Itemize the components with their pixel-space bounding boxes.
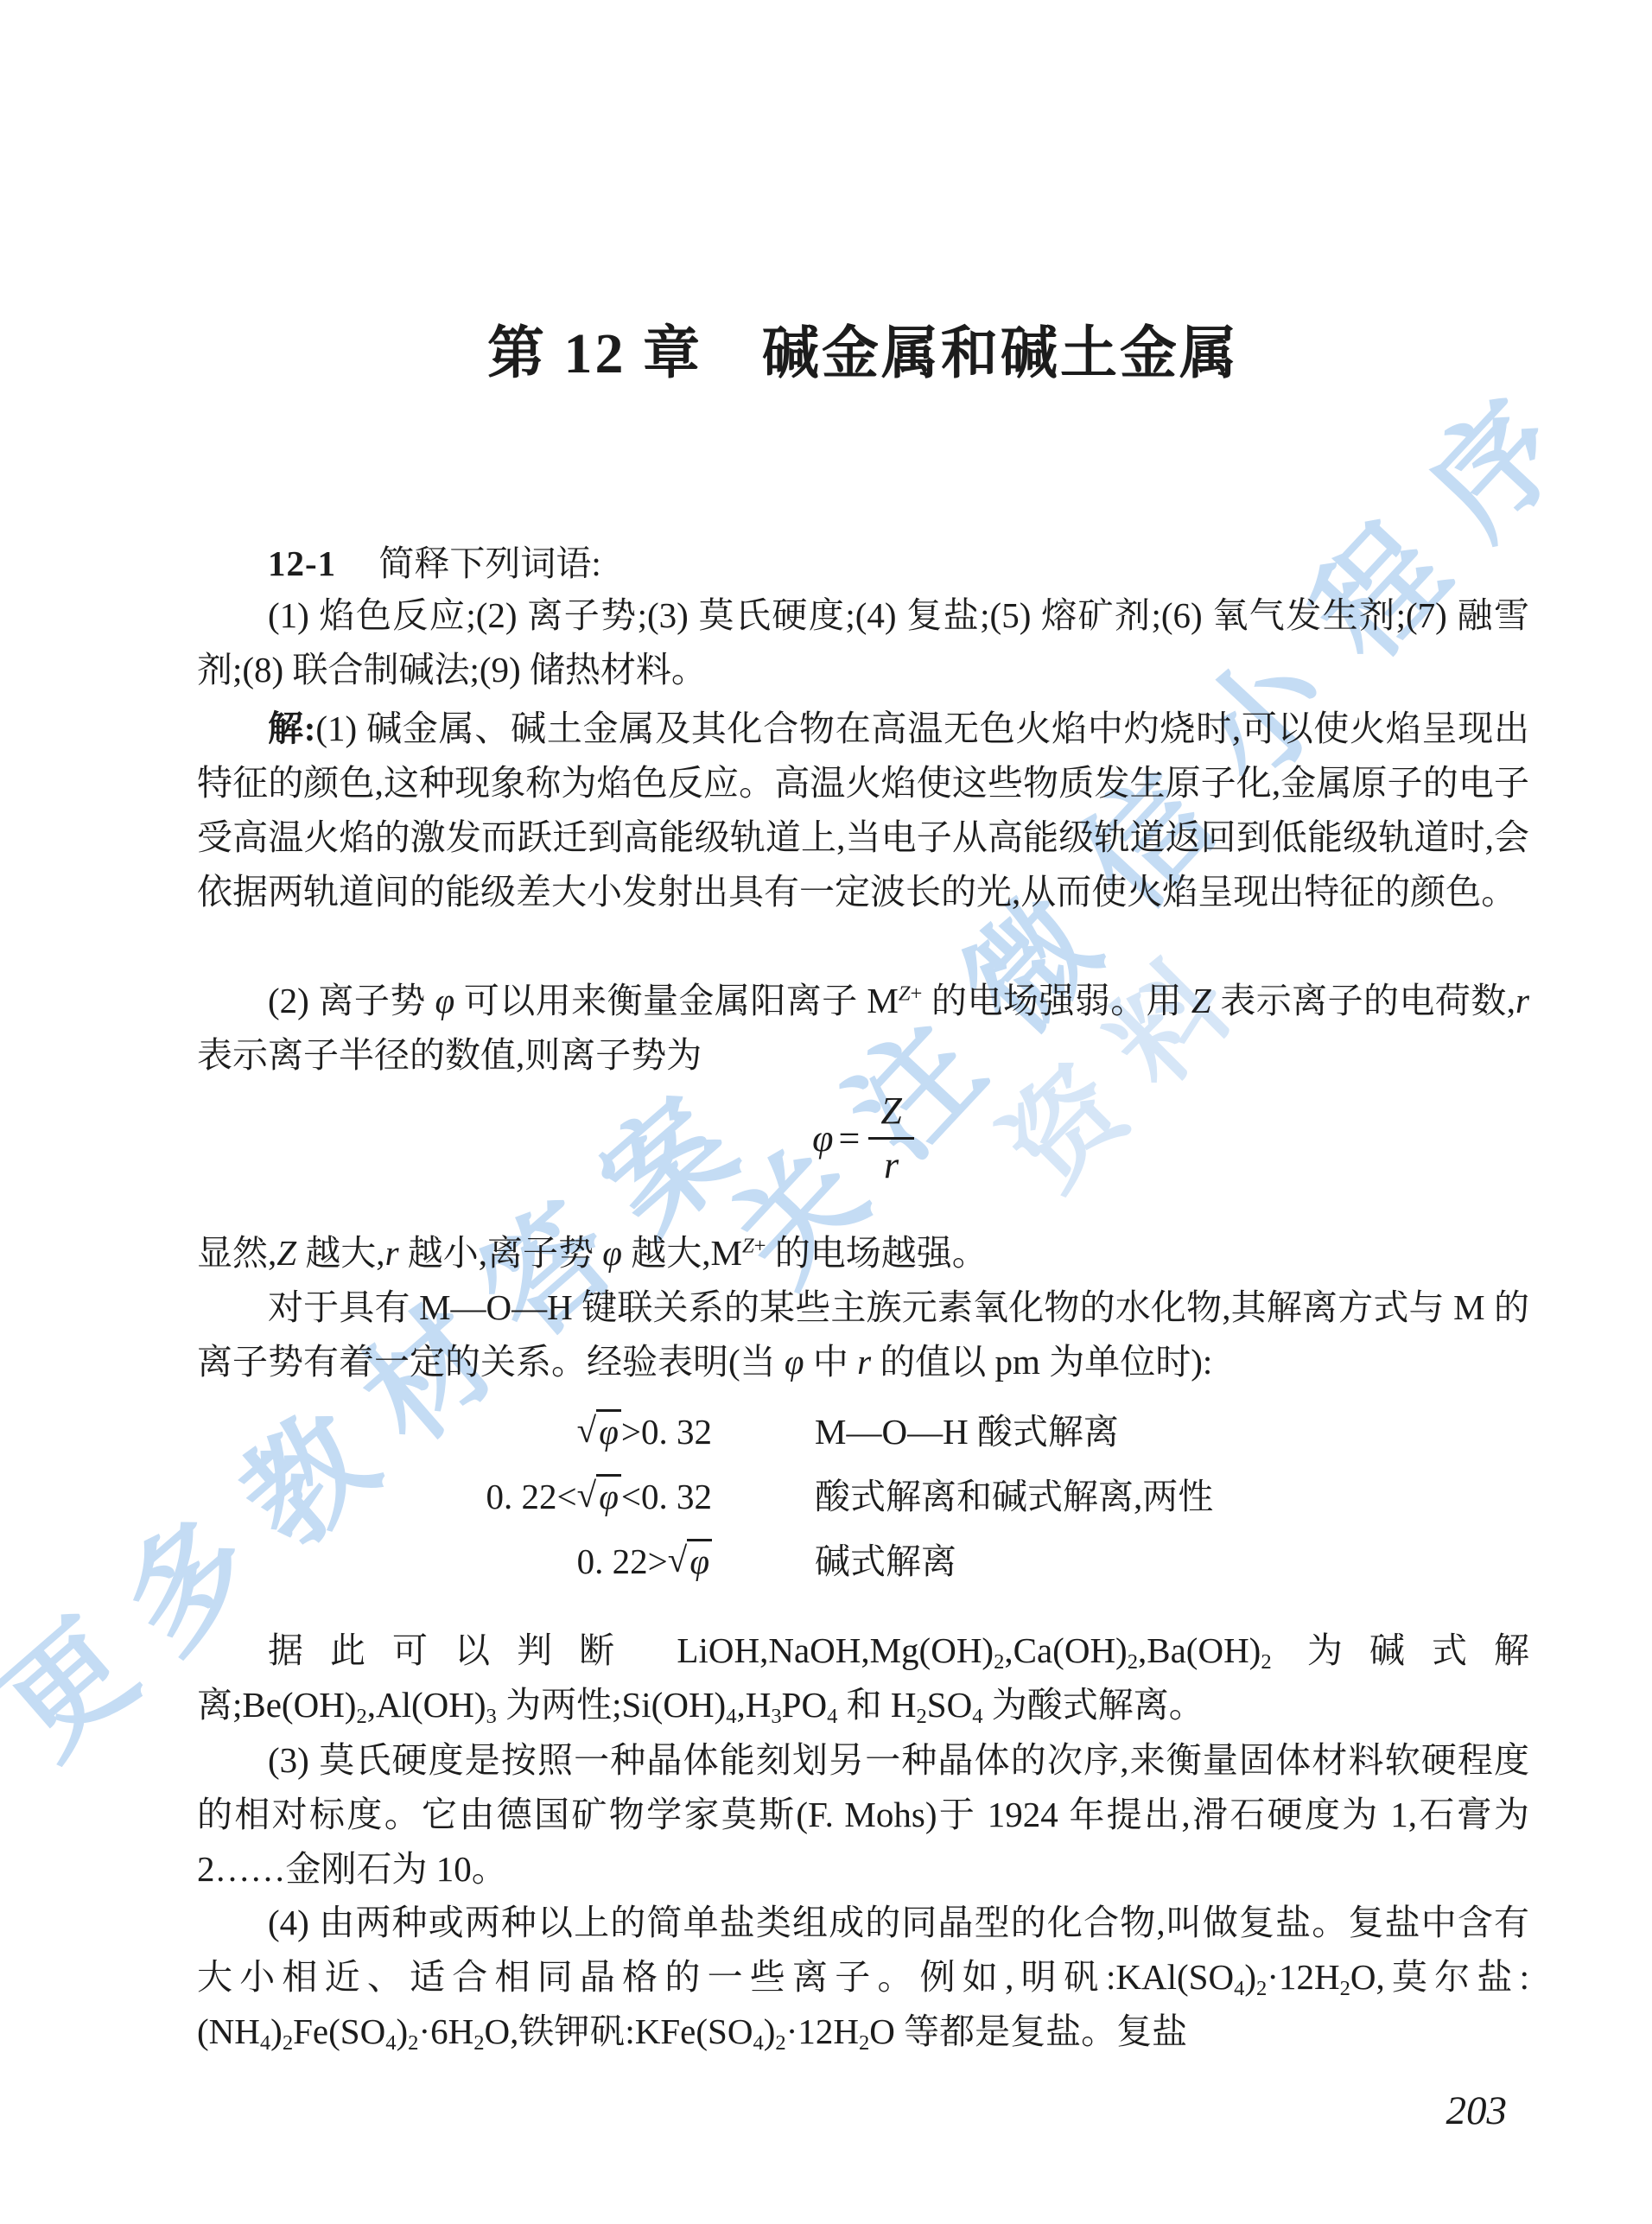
terms-paragraph: (1) 焰色反应;(2) 离子势;(3) 莫氏硬度;(4) 复盐;(5) 熔矿剂… [197, 588, 1529, 697]
problem-prompt: 简释下列词语: [378, 543, 600, 583]
solution-part2-moh-paragraph: 对于具有 M—O—H 键联关系的某些主族元素氧化物的水化物,其解离方式与 M 的… [197, 1280, 1529, 1389]
criterion-condition: 0. 22>√φ [197, 1535, 712, 1589]
textbook-page: 更多教材答案 关注微信小程序 资料 第 12 章 碱金属和碱土金属 12-1简释… [0, 0, 1652, 2224]
formula-phi: φ [812, 1116, 833, 1160]
solution-part4-paragraph: (4) 由两种或两种以上的简单盐类组成的同晶型的化合物,叫做复盐。复盐中含有大小… [197, 1896, 1529, 2059]
problem-number: 12-1 [268, 543, 336, 583]
solution-part2-lead-paragraph: (2) 离子势 φ 可以用来衡量金属阳离子 MZ+ 的电场强弱。用 Z 表示离子… [197, 974, 1529, 1083]
solution-part2-after-paragraph: 显然,Z 越大,r 越小,离子势 φ 越大,MZ+ 的电场越强。 [197, 1226, 1529, 1280]
problem-heading: 12-1简释下列词语: [197, 537, 1529, 591]
solution-part1-paragraph: 解:(1) 碱金属、碱土金属及其化合物在高温无色火焰中灼烧时,可以使火焰呈现出特… [197, 702, 1529, 919]
criteria-row-1: √φ>0. 32 M—O—H 酸式解离 [197, 1405, 1529, 1470]
solution-part1-text: (1) 碱金属、碱土金属及其化合物在高温无色火焰中灼烧时,可以使火焰呈现出特征的… [197, 709, 1529, 912]
criterion-result: 酸式解离和碱式解离,两性 [815, 1470, 1213, 1524]
formula-numerator: Z [868, 1090, 913, 1140]
chapter-title: 第 12 章 碱金属和碱土金属 [197, 313, 1529, 396]
page-number: 203 [197, 2087, 1529, 2134]
formula-equals: = [839, 1116, 861, 1160]
criterion-condition: √φ>0. 32 [197, 1405, 712, 1459]
formula-fraction: Z r [868, 1090, 913, 1187]
formula-denominator: r [884, 1140, 899, 1186]
criteria-row-3: 0. 22>√φ 碱式解离 [197, 1535, 1529, 1599]
criterion-result: M—O—H 酸式解离 [815, 1405, 1119, 1459]
criteria-row-2: 0. 22<√φ<0. 32 酸式解离和碱式解离,两性 [197, 1470, 1529, 1535]
solution-label: 解: [268, 709, 315, 748]
solution-part2-conclusion-paragraph: 据此可以判断 LiOH,NaOH,Mg(OH)2,Ca(OH)2,Ba(OH)2… [197, 1624, 1529, 1732]
criterion-result: 碱式解离 [815, 1535, 956, 1589]
ionic-potential-formula: φ = Z r [197, 1090, 1529, 1187]
criterion-condition: 0. 22<√φ<0. 32 [197, 1470, 712, 1524]
dissociation-criteria-table: √φ>0. 32 M—O—H 酸式解离 0. 22<√φ<0. 32 酸式解离和… [197, 1405, 1529, 1599]
solution-part3-paragraph: (3) 莫氏硬度是按照一种晶体能刻划另一种晶体的次序,来衡量固体材料软硬程度的相… [197, 1733, 1529, 1897]
